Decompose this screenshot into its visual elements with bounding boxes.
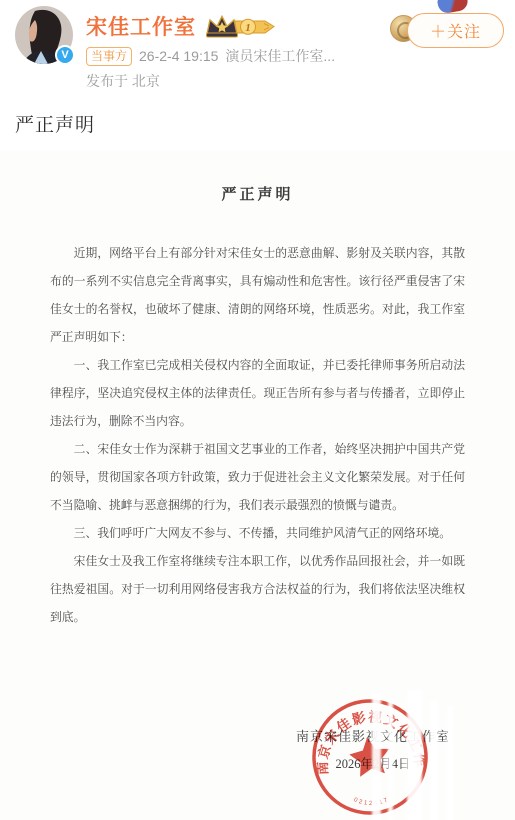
white-streak-artifact	[407, 690, 422, 820]
publish-location: 发布于 北京	[86, 71, 160, 91]
vip-level-badge: 1	[245, 22, 251, 34]
post-text: 严正声明	[15, 110, 95, 137]
white-streak-artifact	[388, 698, 393, 820]
verified-badge-icon: V	[55, 45, 75, 65]
crown-vip-badge-icon[interactable]: 1	[201, 13, 279, 40]
party-badge: 当事方	[86, 47, 132, 66]
document-paragraph: 三、我们呼吁广大网友不参与、不传播，共同维护风清气正的网络环境。	[50, 519, 465, 547]
source-app[interactable]: 演员宋佳工作室...	[225, 46, 335, 66]
document-title: 严正声明	[0, 183, 515, 204]
white-streak-artifact	[447, 706, 453, 820]
document-body: 近期，网络平台上有部分针对宋佳女士的恶意曲解、影射及关联内容，其散布的一系列不实…	[50, 239, 465, 631]
statement-document-image[interactable]: 严正声明 近期，网络平台上有部分针对宋佳女士的恶意曲解、影射及关联内容，其散布的…	[0, 150, 515, 820]
document-paragraph: 近期，网络平台上有部分针对宋佳女士的恶意曲解、影射及关联内容，其散布的一系列不实…	[50, 239, 465, 351]
timestamp: 26-2-4 19:15	[139, 48, 218, 64]
document-paragraph: 一、我工作室已完成相关侵权内容的全面取证，并已委托律师事务所启动法律程序，坚决追…	[50, 351, 465, 435]
avatar[interactable]: V	[15, 6, 73, 64]
follow-button[interactable]: ＋关注	[407, 13, 504, 48]
user-name[interactable]: 宋佳工作室	[86, 11, 196, 41]
white-streak-artifact	[372, 692, 381, 820]
white-streak-artifact	[430, 700, 438, 820]
document-paragraph: 宋佳女士及我工作室将继续专注本职工作，以优秀作品回报社会，并一如既往热爱祖国。对…	[50, 547, 465, 631]
weibo-post-screen: V 宋佳工作室 1 当事方 26-2-4 19:15 演员宋佳工作室... 发布…	[0, 0, 515, 820]
document-paragraph: 二、宋佳女士作为深耕于祖国文艺事业的工作者，始终坚决拥护中国共产党的领导，贯彻国…	[50, 435, 465, 519]
